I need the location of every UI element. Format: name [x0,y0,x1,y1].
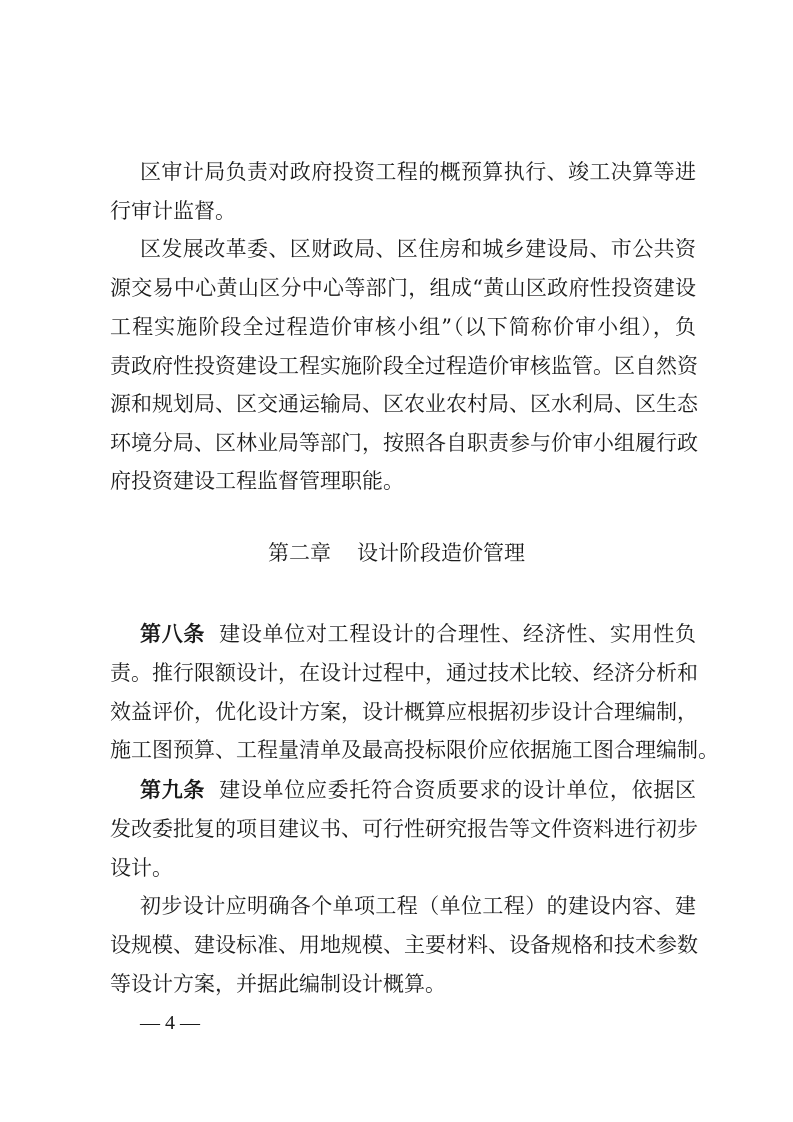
text-line: 等设计方案，并据此编制设计概算。 [110,969,696,999]
text-line: 区发展改革委、区财政局、区住房和城乡建设局、市公共资 [140,234,696,264]
text-line: 设规模、建设标准、用地规模、主要材料、设备规格和技术参数 [110,930,696,960]
article-text: 建设单位应委托符合资质要求的设计单位，依据区 [219,778,696,802]
text-line: 环境分局、区林业局等部门，按照各自职责参与价审小组履行政 [110,428,696,458]
text-line: 区审计局负责对政府投资工程的概预算执行、竣工决算等进 [140,157,696,187]
text-line: 效益评价，优化设计方案，设计概算应根据初步设计合理编制， [110,697,696,727]
text-line: 发改委批复的项目建议书、可行性研究报告等文件资料进行初步 [110,814,696,844]
text-line: 责。推行限额设计，在设计过程中，通过技术比较、经济分析和 [110,658,696,688]
text-line: 施工图预算、工程量清单及最高投标限价应依据施工图合理编制。 [110,735,696,765]
document-page: 区审计局负责对政府投资工程的概预算执行、竣工决算等进 行审计监督。 区发展改革委… [0,0,793,1122]
text-line: 设计。 [110,853,696,883]
article-first-line: 第八条建设单位对工程设计的合理性、经济性、实用性负 [140,619,696,649]
chapter-heading: 第二章设计阶段造价管理 [0,538,793,568]
article-label: 第九条 [140,778,205,802]
text-line: 府投资建设工程监督管理职能。 [110,466,696,496]
article-text: 建设单位对工程设计的合理性、经济性、实用性负 [219,622,696,646]
text-line: 源和规划局、区交通运输局、区农业农村局、区水利局、区生态 [110,389,696,419]
chapter-title: 设计阶段造价管理 [357,541,525,565]
page-number: — 4 — [140,1008,200,1038]
text-line: 行审计监督。 [110,196,696,226]
article-label: 第八条 [140,622,205,646]
chapter-number: 第二章 [268,541,331,565]
text-line: 初步设计应明确各个单项工程（单位工程）的建设内容、建 [140,891,696,921]
text-line: 责政府性投资建设工程实施阶段全过程造价审核监管。区自然资 [110,351,696,381]
article-first-line: 第九条建设单位应委托符合资质要求的设计单位，依据区 [140,775,696,805]
text-line: 工程实施阶段全过程造价审核小组”（以下简称价审小组），负 [110,312,696,342]
text-line: 源交易中心黄山区分中心等部门，组成“黄山区政府性投资建设 [110,273,696,303]
